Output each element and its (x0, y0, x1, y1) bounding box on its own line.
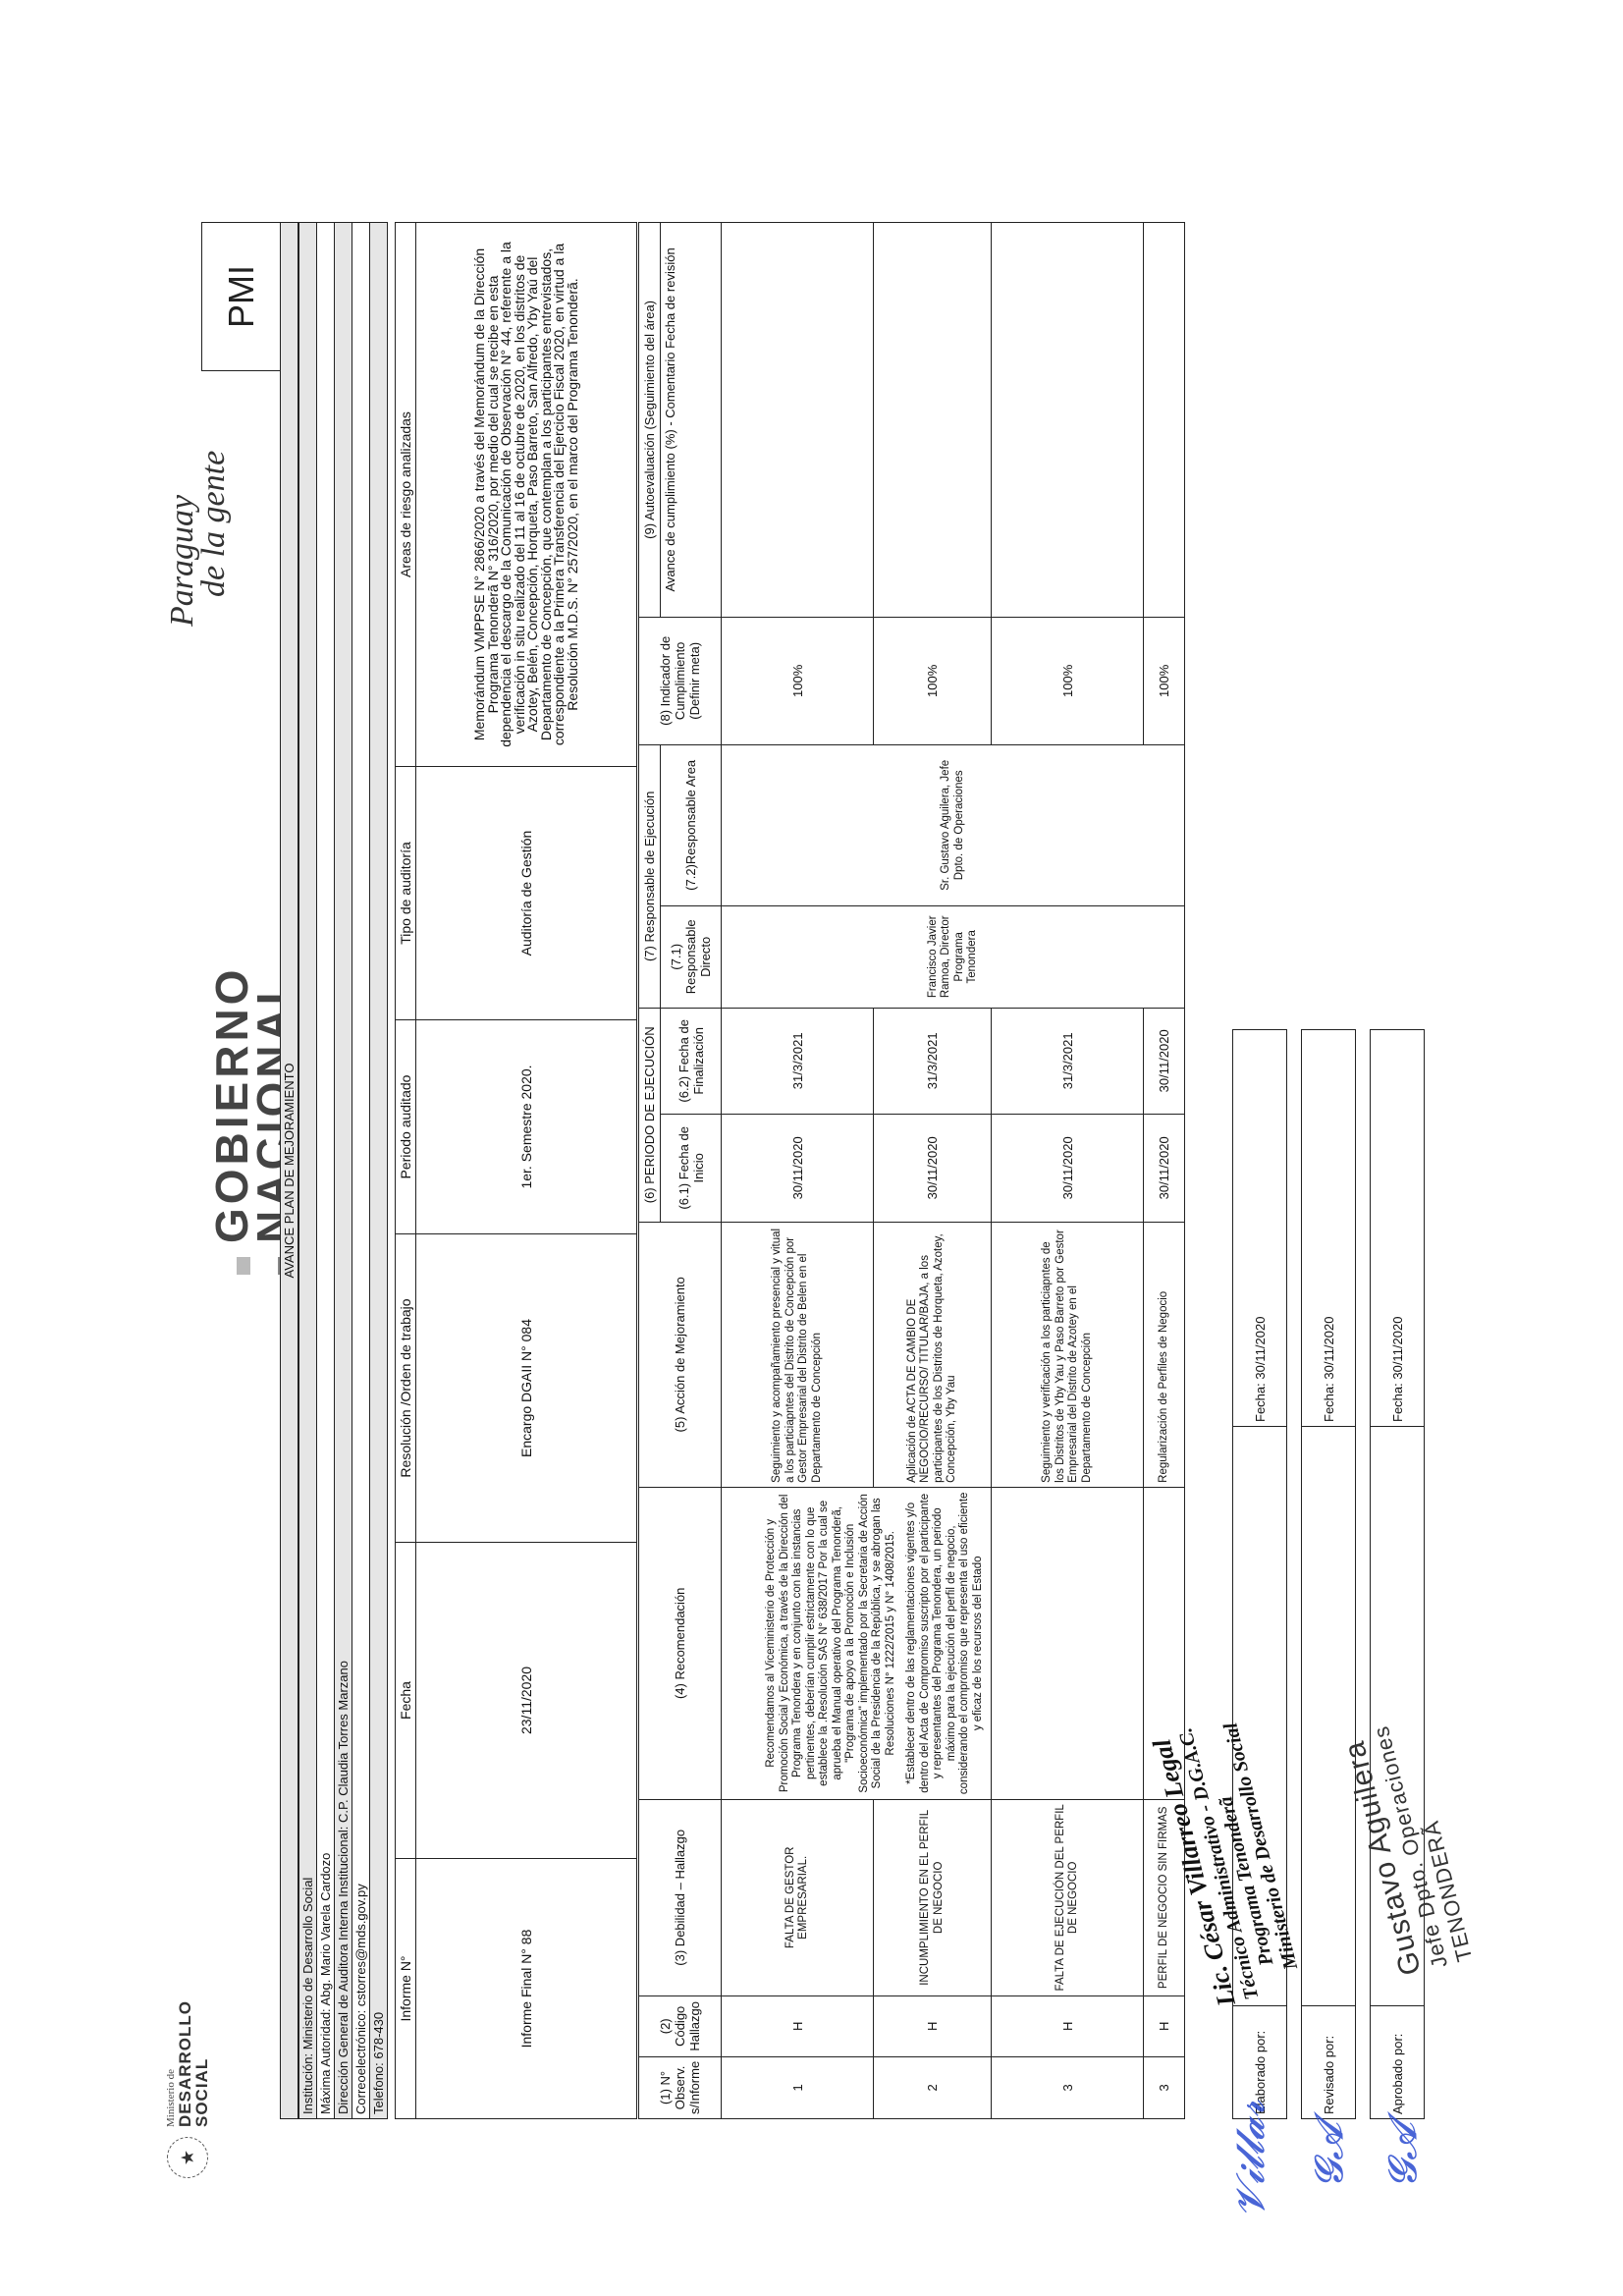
row-codigo: H (722, 1995, 874, 2056)
row-nro: 3 (992, 2056, 1144, 2118)
handwritten-signature-icon: 𝓥𝓲𝓵𝓵𝓪𝓻 (1227, 2100, 1273, 2217)
row-fin: 30/11/2020 (1144, 1008, 1185, 1114)
col-hallazgo: (3) Debilidad – Hallazgo (639, 1799, 722, 1995)
col-nro: (1) N° Observ. s/Informe (639, 2056, 722, 2118)
row-avance (992, 223, 1144, 618)
col-accion: (5) Acción de Mejoramiento (639, 1222, 722, 1487)
sig-fecha-aprobado: Fecha: 30/11/2020 (1371, 1030, 1425, 1427)
slogan-line2: de la gente (198, 451, 230, 627)
col-recomendacion: (4) Recomendación (639, 1487, 722, 1799)
table-row: 1 H FALTA DE GESTOR EMPRESARIAL. Recomen… (722, 223, 874, 2119)
col-periodo: (6) PERIODO DE EJECUCIÓN (639, 1008, 661, 1222)
row-avance (1144, 223, 1185, 618)
hdr-informe: Informe N° (396, 1859, 416, 2119)
row-inicio: 30/11/2020 (992, 1114, 1144, 1222)
row-hallazgo: FALTA DE EJECUCIÓN DEL PERFIL DE NEGOCIO (992, 1799, 1144, 1995)
plan-title: AVANCE PLAN DE MEJORAMIENTO (281, 223, 298, 2119)
plan-table: (1) N° Observ. s/Informe (2) Código Hall… (638, 222, 1185, 2119)
sig-label-aprobado: Aprobado por: (1371, 2006, 1425, 2119)
table-row: 2 H INCUMPLIMIENTO EN EL PERFIL DE NEGOC… (874, 223, 992, 2119)
row-accion: Regularización de Perfiles de Negocio (1144, 1222, 1185, 1487)
col-avance: Avance de cumplimiento (%) - Comentario … (661, 223, 722, 618)
row-indicador: 100% (722, 617, 874, 744)
col-fin: (6.2) Fecha de Finalización (661, 1008, 722, 1114)
row-indicador: 100% (874, 617, 992, 744)
val-resolucion: Encargo DGAII N° 084 (416, 1234, 637, 1543)
info-direccion: Dirección General de Auditora Interna In… (335, 223, 352, 2119)
row-avance (874, 223, 992, 618)
audit-info-table: Informe N° Fecha Resolución /Orden de tr… (395, 222, 637, 2119)
row-resp-area: Sr. Gustavo Aguilera, Jefe Dpto. de Oper… (722, 744, 1185, 905)
table-row: 3 H FALTA DE EJECUCIÓN DEL PERFIL DE NEG… (992, 223, 1144, 2119)
row-nro: 3 (1144, 2056, 1185, 2118)
rotated-document-page: ★ Ministerio de DESARROLLO SOCIAL GOBIER… (0, 0, 1623, 2296)
row-accion: Seguimiento y acompañamiento presencial … (722, 1222, 874, 1487)
hdr-periodo: Periodo auditado (396, 1020, 416, 1234)
row-accion: Seguimiento y verificación a los partici… (992, 1222, 1144, 1487)
doc-code-box: PMI (201, 222, 281, 371)
row-resp-directo: Francisco Javier Ramoa, Director Program… (722, 905, 1185, 1008)
recomendacion-p2: *Establecer dentro de las reglamentacion… (905, 1492, 985, 1795)
sig-fecha-revisado: Fecha: 30/11/2020 (1302, 1030, 1356, 1427)
val-tipo: Auditoría de Gestión (416, 767, 637, 1020)
info-autoridad: Máxima Autoridad: Abg. Mario Varela Card… (317, 223, 335, 2119)
logo-square-icon (237, 1257, 250, 1275)
signature-row: Revisado por: Fecha: 30/11/2020 (1302, 1030, 1356, 2119)
hdr-areas: Areas de riesgo analizadas (396, 223, 416, 767)
row-nro: 2 (874, 2056, 992, 2118)
val-fecha: 23/11/2020 (416, 1543, 637, 1859)
slogan-line1: Paraguay (167, 451, 198, 627)
sig-fecha-elaborado: Fecha: 30/11/2020 (1233, 1030, 1287, 1427)
recomendacion-p1: Recomendamos al Viceministerio de Protec… (765, 1492, 897, 1795)
col-resp-area: (7.2)Responsable Area (661, 744, 722, 905)
row-fin: 31/3/2021 (874, 1008, 992, 1114)
row-recomendacion (992, 1487, 1144, 1799)
row-nro: 1 (722, 2056, 874, 2118)
row-codigo: H (992, 1995, 1144, 2056)
info-correo: Correoelectrónico: cstorres@mds.gov.py (352, 223, 370, 2119)
val-areas: Memorándum VMPPSE N° 2866/2020 a través … (416, 223, 637, 767)
slogan-logo: Paraguay de la gente (167, 451, 230, 627)
doc-code: PMI (221, 265, 262, 328)
row-avance (722, 223, 874, 618)
row-inicio: 30/11/2020 (722, 1114, 874, 1222)
row-hallazgo: INCUMPLIMIENTO EN EL PERFIL DE NEGOCIO (874, 1799, 992, 1995)
col-autoevaluacion: (9) Autoevaluación (Seguimiento del área… (639, 223, 661, 618)
stamp-aguilera: Gustavo Aguilera Jefe Dpto. Operaciones … (1336, 1717, 1479, 1978)
row-recomendacion: Recomendamos al Viceministerio de Protec… (722, 1487, 992, 1799)
val-informe: Informe Final N° 88 (416, 1859, 637, 2119)
col-responsable: (7) Responsable de Ejecución (639, 744, 661, 1008)
info-telefono: Telefono: 678-430 (370, 223, 388, 2119)
institution-info: Institución: Ministerio de Desarrollo So… (298, 222, 388, 2119)
sig-label-revisado: Revisado por: (1302, 2006, 1356, 2119)
row-indicador: 100% (1144, 617, 1185, 744)
col-inicio: (6.1) Fecha de Inicio (661, 1114, 722, 1222)
col-resp-directo: (7.1) Responsable Directo (661, 905, 722, 1008)
hdr-tipo: Tipo de auditoría (396, 767, 416, 1020)
national-seal-icon: ★ (167, 2137, 208, 2178)
info-table: AVANCE PLAN DE MEJORAMIENTO (280, 222, 298, 2119)
col-indicador: (8) Indicador de Cumplimiento (Definir m… (639, 617, 722, 744)
row-indicador: 100% (992, 617, 1144, 744)
ministry-logo: Ministerio de DESARROLLO SOCIAL (165, 2000, 210, 2127)
row-inicio: 30/11/2020 (1144, 1114, 1185, 1222)
row-fin: 31/3/2021 (722, 1008, 874, 1114)
row-accion: Aplicación de ACTA DE CAMBIO DE NEGOCIO/… (874, 1222, 992, 1487)
handwritten-signature-icon: 𝓖𝓐 (1306, 2122, 1352, 2188)
hdr-fecha: Fecha (396, 1543, 416, 1859)
row-codigo: H (1144, 1995, 1185, 2056)
col-codigo: (2) Código Hallazgo (639, 1995, 722, 2056)
handwritten-signature-icon: 𝓖𝓐 (1380, 2122, 1426, 2188)
sig-space (1302, 1427, 1356, 2006)
row-codigo: H (874, 1995, 992, 2056)
row-inicio: 30/11/2020 (874, 1114, 992, 1222)
val-periodo: 1er. Semestre 2020. (416, 1020, 637, 1234)
hdr-resolucion: Resolución /Orden de trabajo (396, 1234, 416, 1543)
row-hallazgo: FALTA DE GESTOR EMPRESARIAL. (722, 1799, 874, 1995)
signature-table: Revisado por: Fecha: 30/11/2020 (1301, 1029, 1356, 2119)
row-fin: 31/3/2021 (992, 1008, 1144, 1114)
ministry-name-line2: SOCIAL (193, 2000, 210, 2127)
info-institucion: Institución: Ministerio de Desarrollo So… (299, 223, 317, 2119)
ministry-name-line1: DESARROLLO (177, 2000, 193, 2127)
